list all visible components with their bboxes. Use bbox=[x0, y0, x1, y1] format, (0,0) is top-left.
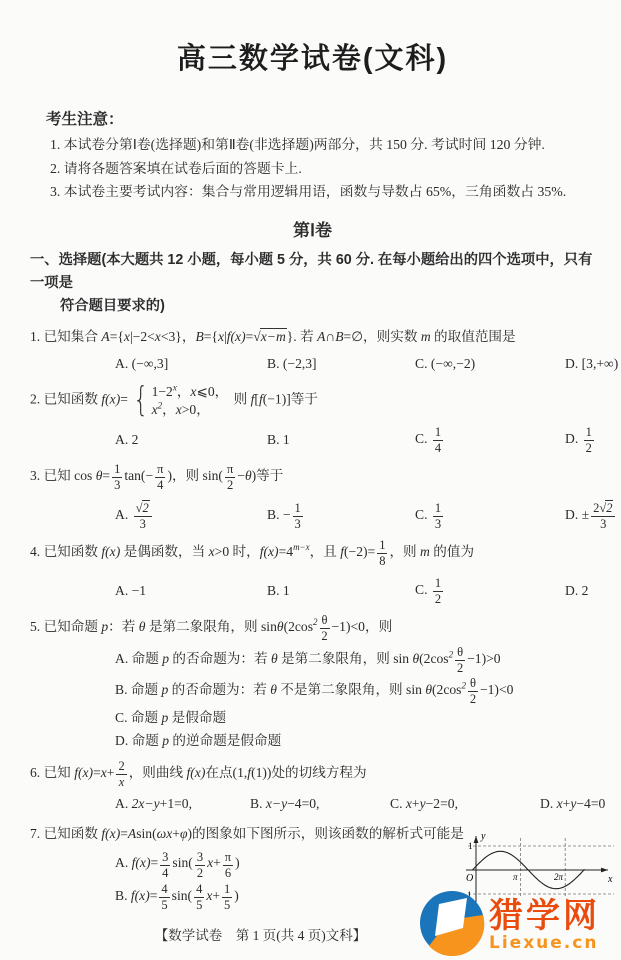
y-axis-arrow bbox=[474, 836, 479, 843]
option-a: A. 命题 p 的否命题为：若 θ 是第二象限角，则 sin θ(2cos2θ2… bbox=[115, 645, 595, 676]
x-axis-arrow bbox=[601, 868, 608, 873]
option-b: B. 命题 p 的否命题为：若 θ 不是第二象限角，则 sin θ(2cos2θ… bbox=[115, 676, 595, 707]
option-c: C. 12 bbox=[415, 577, 565, 606]
volume-heading: 第Ⅰ卷 bbox=[30, 216, 595, 241]
option-d: D. 命题 p 的逆命题是假命题 bbox=[115, 729, 595, 752]
section-instruction: 一、选择题(本大题共 12 小题，每小题 5 分，共 60 分. 在每小题给出的… bbox=[30, 249, 595, 318]
liexue-logo-text: 猎学网 Liexue.cn bbox=[489, 899, 600, 952]
question-3-stem: 3. 已知 cos θ=13tan(−π4)，则 sin(π2−θ)等于 bbox=[30, 463, 595, 492]
option-a: A. √23 bbox=[115, 502, 267, 531]
option-d: D. ±2√23 bbox=[565, 502, 617, 531]
option-c: C. x+y−2=0, bbox=[390, 793, 540, 815]
liexue-logo-icon bbox=[419, 890, 485, 960]
question-1-options: A. (−∞,3] B. (−2,3] C. (−∞,−2) D. [3,+∞) bbox=[115, 353, 595, 375]
question-2: 2. 已知函数 f(x)={1−2x，x⩽0，x2，x>0， 则 f[f(−1)… bbox=[30, 383, 595, 455]
option-a: A. −1 bbox=[115, 580, 267, 602]
option-c: C. 14 bbox=[415, 426, 565, 455]
option-b: B. 1 bbox=[267, 580, 415, 602]
option-c: C. 13 bbox=[415, 502, 565, 531]
liexue-watermark: 猎学网 Liexue.cn bbox=[419, 890, 621, 960]
option-b: B. (−2,3] bbox=[267, 353, 415, 375]
option-a: A. (−∞,3] bbox=[115, 353, 267, 375]
page-content: 高三数学试卷(文科) 考生注意： 1. 本试卷分第Ⅰ卷(选择题)和第Ⅱ卷(非选择… bbox=[0, 0, 621, 912]
option-b: B. −13 bbox=[267, 502, 415, 531]
option-d: D. 2 bbox=[565, 580, 595, 602]
notice-section: 考生注意： 1. 本试卷分第Ⅰ卷(选择题)和第Ⅱ卷(非选择题)两部分，共 150… bbox=[46, 107, 595, 204]
option-a: A. 2 bbox=[115, 429, 267, 451]
question-3: 3. 已知 cos θ=13tan(−π4)，则 sin(π2−θ)等于 A. … bbox=[30, 463, 595, 532]
x-tick-pi: π bbox=[513, 872, 518, 882]
question-2-options: A. 2 B. 1 C. 14 D. 12 bbox=[115, 426, 595, 455]
question-5-stem: 5. 已知命题 p：若 θ 是第二象限角，则 sinθ(2cos2θ2−1)<0… bbox=[30, 614, 595, 643]
question-4: 4. 已知函数 f(x) 是偶函数，当 x>0 时，f(x)=4m−x，且 f(… bbox=[30, 539, 595, 606]
y-tick-1: 1 bbox=[468, 841, 473, 851]
option-c: C. (−∞,−2) bbox=[415, 353, 565, 375]
question-4-stem: 4. 已知函数 f(x) 是偶函数，当 x>0 时，f(x)=4m−x，且 f(… bbox=[30, 539, 595, 568]
liexue-site-name: 猎学网 bbox=[489, 899, 600, 933]
notice-item-3: 3. 本试卷主要考试内容：集合与常用逻辑用语，函数与导数占 65%，三角函数占 … bbox=[50, 180, 595, 204]
question-1: 1. 已知集合 A={x|−2<x<3}，B={x|f(x)=√x−m}. 若 … bbox=[30, 326, 595, 375]
notice-item-1: 1. 本试卷分第Ⅰ卷(选择题)和第Ⅱ卷(非选择题)两部分，共 150 分. 考试… bbox=[50, 133, 595, 157]
option-a: A. 2x−y+1=0, bbox=[115, 793, 250, 815]
option-d: D. [3,+∞) bbox=[565, 353, 618, 375]
notice-item-2: 2. 请将各题答案填在试卷后面的答题卡上. bbox=[50, 157, 595, 181]
option-d: D. x+y−4=0 bbox=[540, 793, 605, 815]
question-2-stem: 2. 已知函数 f(x)={1−2x，x⩽0，x2，x>0， 则 f[f(−1)… bbox=[30, 383, 595, 418]
question-4-options: A. −1 B. 1 C. 12 D. 2 bbox=[115, 577, 595, 606]
instruction-line-1: 一、选择题(本大题共 12 小题，每小题 5 分，共 60 分. 在每小题给出的… bbox=[30, 252, 592, 291]
page-title: 高三数学试卷(文科) bbox=[30, 36, 595, 77]
question-5: 5. 已知命题 p：若 θ 是第二象限角，则 sinθ(2cos2θ2−1)<0… bbox=[30, 614, 595, 752]
question-6-options: A. 2x−y+1=0, B. x−y−4=0, C. x+y−2=0, D. … bbox=[115, 793, 595, 815]
option-c: C. 命题 p 是假命题 bbox=[115, 706, 595, 729]
question-3-options: A. √23 B. −13 C. 13 D. ±2√23 bbox=[115, 502, 595, 531]
instruction-line-2: 符合题目要求的) bbox=[60, 298, 165, 314]
x-axis-label: x bbox=[607, 874, 613, 885]
liexue-site-url: Liexue.cn bbox=[489, 935, 600, 952]
origin-label: O bbox=[466, 873, 473, 884]
option-d: D. 12 bbox=[565, 426, 596, 455]
option-b: B. x−y−4=0, bbox=[250, 793, 390, 815]
question-6-stem: 6. 已知 f(x)=x+2x，则曲线 f(x)在点(1,f(1))处的切线方程… bbox=[30, 760, 595, 789]
exam-paper-page: 高三数学试卷(文科) 考生注意： 1. 本试卷分第Ⅰ卷(选择题)和第Ⅱ卷(非选择… bbox=[0, 0, 621, 960]
question-6: 6. 已知 f(x)=x+2x，则曲线 f(x)在点(1,f(1))处的切线方程… bbox=[30, 760, 595, 815]
x-tick-2pi: 2π bbox=[554, 872, 564, 882]
notice-heading: 考生注意： bbox=[46, 107, 595, 129]
question-1-stem: 1. 已知集合 A={x|−2<x<3}，B={x|f(x)=√x−m}. 若 … bbox=[30, 326, 595, 348]
y-axis-label: y bbox=[480, 831, 486, 842]
question-5-options: A. 命题 p 的否命题为：若 θ 是第二象限角，则 sin θ(2cos2θ2… bbox=[115, 645, 595, 752]
option-b: B. 1 bbox=[267, 429, 415, 451]
